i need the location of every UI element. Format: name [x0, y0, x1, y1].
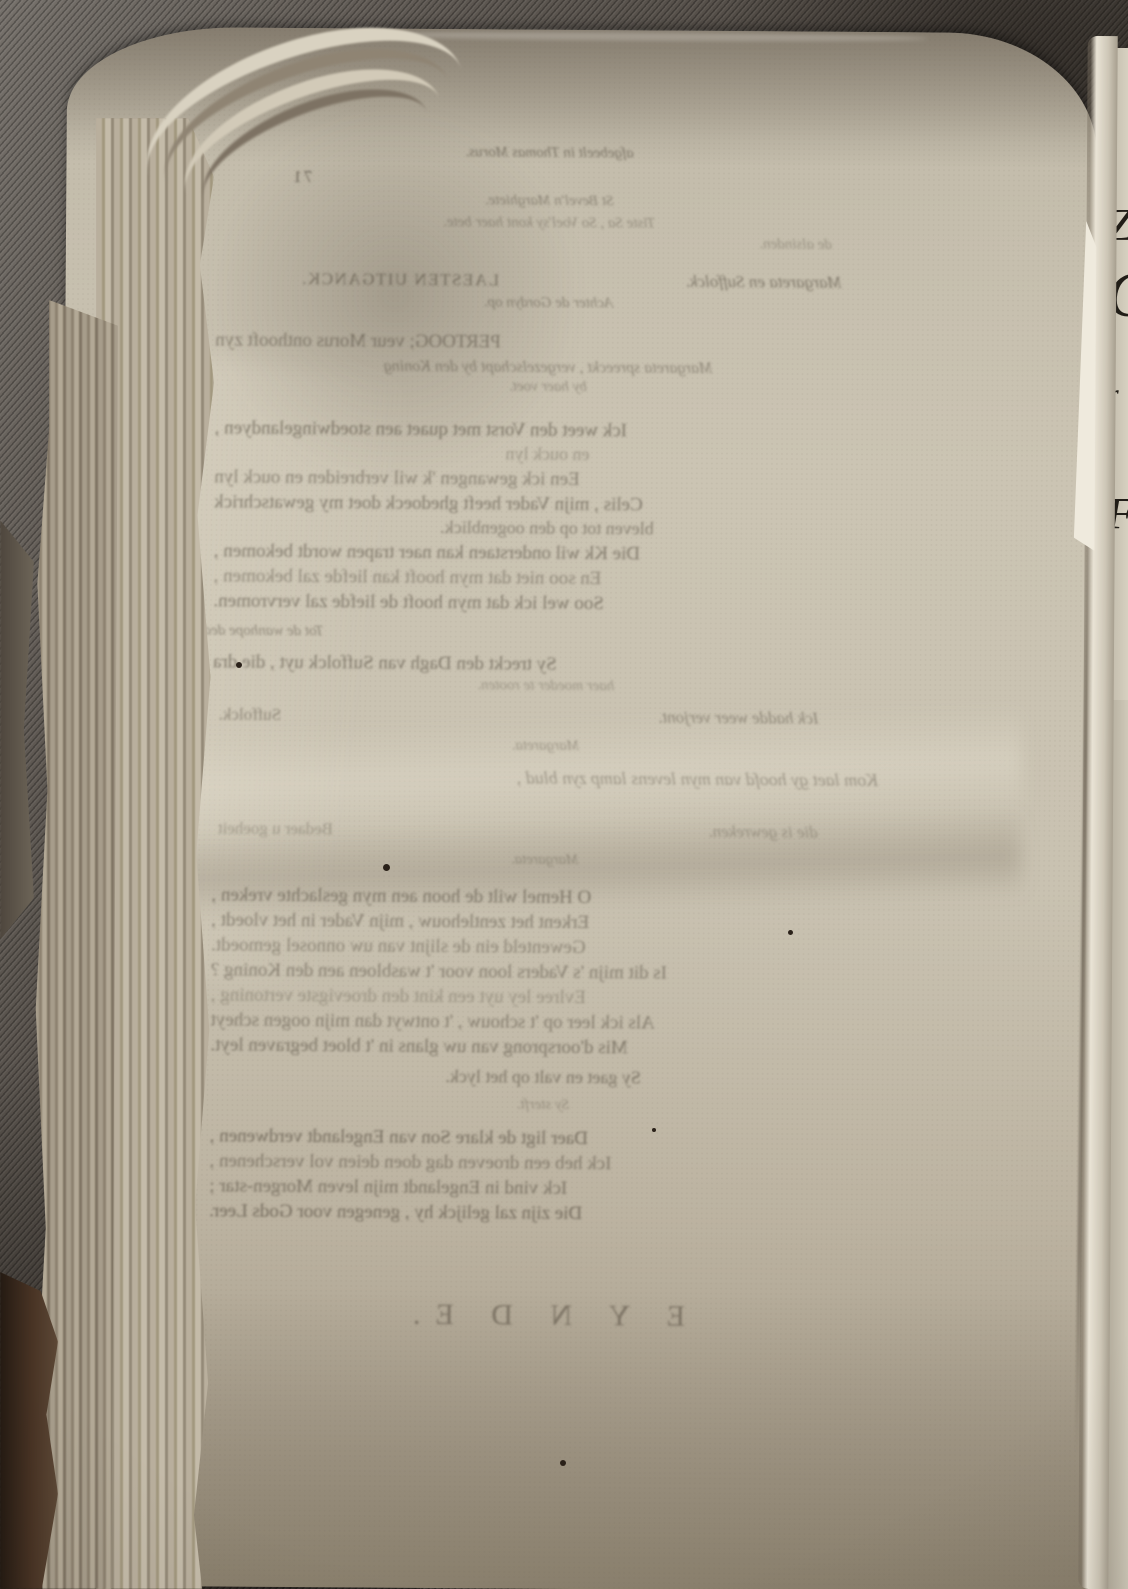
- line-text: En soo niet dat myn hooft kan liefde zal…: [214, 565, 602, 589]
- line-text: Is dit mijn 's Vaders loon voor 't wasbl…: [211, 959, 667, 983]
- line-text: Evlree ley uyt een kint den droevigste v…: [211, 984, 586, 1008]
- line-text: Ick heb een droeven dag doen deien vol v…: [209, 1150, 611, 1174]
- showthrough-text-line: Mis d'oorsprong van uw glans in 't bloet…: [180, 1032, 906, 1062]
- showthrough-text-line: E Y N D E.: [178, 1293, 904, 1338]
- showthrough-text-line: Kom laet gy hoofd van myn levens lamp zy…: [182, 764, 908, 793]
- showthrough-text-line: by haer voet.: [185, 375, 911, 400]
- line-text: Gewenteld ein de slijnt van uw onnosel g…: [211, 934, 586, 958]
- line-text: Ick weet den Vorst met quaet aen stoedwi…: [215, 417, 628, 441]
- line-text: Die Kk wil onderstaen kan naer trapen wo…: [214, 540, 640, 564]
- ink-speck: [383, 864, 390, 871]
- line-text: Soo wel ick dat myn hooft de liefde zal …: [213, 590, 604, 614]
- line-text: Sy gaet en valt op het lyck.: [445, 1066, 641, 1087]
- showthrough-text-block: afgebeelt in Thomas Morus. 71 St Bevel'n…: [178, 141, 912, 1338]
- line-text: Margareta.: [511, 851, 579, 867]
- line-text: Bedaer u goeheit: [218, 818, 333, 841]
- showthrough-text-line: Margareta.: [182, 734, 908, 759]
- line-text: afgebeelt in Thomas Morus.: [465, 144, 633, 161]
- line-text: Sy sterft.: [517, 1097, 570, 1113]
- showthrough-text-line: Achter de Gordyn op.: [185, 291, 911, 316]
- book-photo: ZCrFl afgebeelt in Thomas Morus. 71 St B…: [0, 0, 1128, 1589]
- showthrough-text-line: Die zijn zal gelijck hy , genegen voor G…: [179, 1198, 905, 1228]
- line-text: Tot de wanhope dede.: [193, 622, 323, 639]
- ink-speck: [560, 1460, 566, 1466]
- line-text: E Y N D E.: [398, 1298, 685, 1333]
- line-text: Erkent het zentlehouw , mijn Vader in he…: [211, 909, 589, 933]
- line-secondary-text: Margareta en Suffolck.: [686, 270, 842, 294]
- line-text: Suffolck.: [219, 704, 282, 727]
- showthrough-text-line: Margareta.: [182, 848, 908, 873]
- line-text: Die zijn zal gelijck hy , genegen voor G…: [209, 1200, 582, 1224]
- showthrough-text-line: Soo wel ick dat myn hooft de liefde zal …: [183, 588, 909, 618]
- showthrough-text-line: die is gewreken. Bedaer u goeheit: [182, 818, 908, 846]
- ink-speck: [652, 1128, 656, 1132]
- showthrough-text-line: Sy sterft.: [180, 1093, 906, 1118]
- showthrough-text-line: Sy gaet en valt op het lyck.: [180, 1063, 906, 1092]
- line-text: Margareta.: [512, 737, 580, 753]
- line-secondary-text: Ick hadde weer verjont.: [658, 707, 819, 731]
- line-text: Celis , mijn Vader heeft ghedoeck doet m…: [214, 491, 643, 515]
- line-secondary-text: die is gewreken.: [708, 821, 818, 844]
- line-text: by haer voet.: [509, 379, 587, 396]
- line-text: Tiste Sa , So Voel'sy kont haer bete.: [443, 214, 655, 231]
- line-text: Een ick gewangen 'k wil verbreiden en ou…: [214, 466, 579, 490]
- line-text: LAESTEN UITGANCK.: [301, 268, 499, 292]
- line-text: Margareta spreeckt , vergezelschapt by d…: [384, 358, 713, 377]
- line-text: bleven tot op den oogenblick.: [440, 517, 654, 538]
- showthrough-text-line: de alsinden.: [186, 231, 912, 256]
- line-text: Kom laet gy hoofd van myn levens lamp zy…: [517, 767, 879, 790]
- line-text: Als ick leer op 't schouw , 't ontwyt da…: [210, 1010, 654, 1034]
- line-text: Daer ligt de klare Son van Engelandt ver…: [210, 1125, 588, 1149]
- showthrough-text-line: PERTOOG; veur Morus onthooft zyn: [185, 327, 911, 357]
- showthrough-text-line: Ick hadde weer verjont. Suffolck.: [183, 704, 909, 732]
- ink-speck: [236, 662, 242, 668]
- line-text: haer moeder te rooten.: [477, 677, 614, 694]
- line-text: de alsinden.: [759, 236, 832, 253]
- line-text: St Bevel'n Marghiete.: [485, 193, 614, 210]
- ink-speck: [788, 930, 793, 935]
- line-text: Achter de Gordyn op.: [484, 294, 614, 311]
- line-text: PERTOOG; veur Morus onthooft zyn: [215, 329, 501, 352]
- showthrough-text-line: haer moeder te rooten.: [183, 674, 909, 699]
- line-text: O Hemel wilt de hoon aen myn geslachte v…: [211, 884, 591, 908]
- line-text: en ouck lyn: [505, 443, 589, 464]
- line-text: Ick vind in Engelandt mijn leven Morgen-…: [209, 1175, 567, 1198]
- book-page: afgebeelt in Thomas Morus. 71 St Bevel'n…: [57, 26, 1098, 1589]
- showthrough-text-line: Tot de wanhope dede.: [183, 621, 909, 646]
- showthrough-text-line: Margareta en Suffolck. LAESTEN UITGANCK.: [186, 267, 912, 295]
- line-text: Sy treckt den Dagh van Suffolck uyt , di…: [213, 651, 557, 674]
- line-text: Mis d'oorsprong van uw glans in 't bloet…: [210, 1035, 628, 1059]
